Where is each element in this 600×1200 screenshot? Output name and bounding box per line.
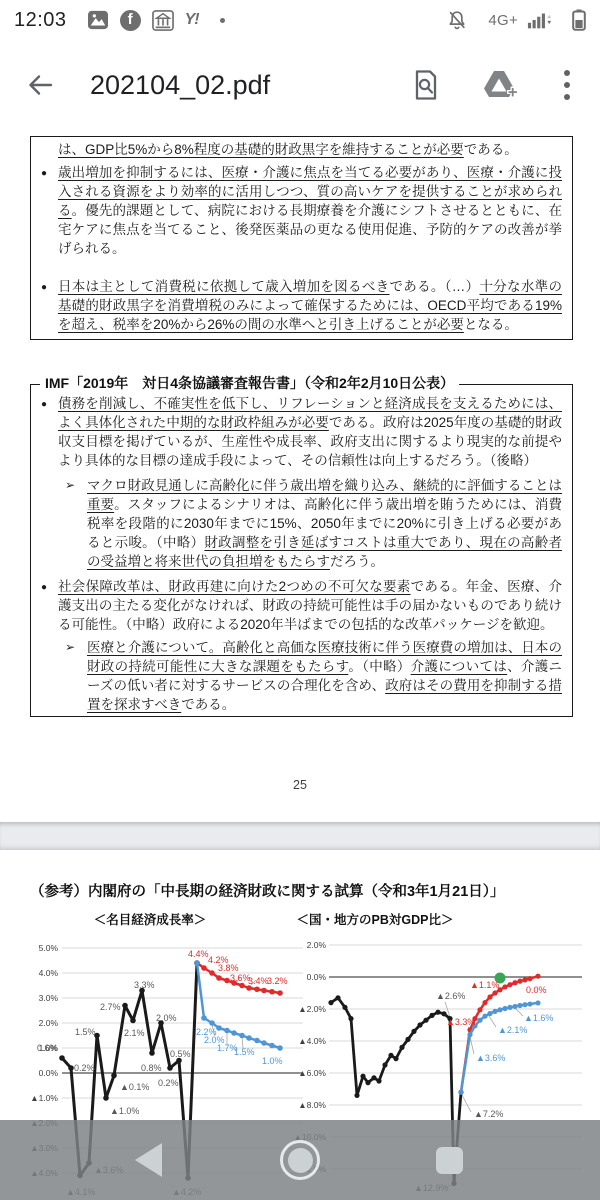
svg-text:1.5%: 1.5% bbox=[75, 1027, 96, 1037]
document-title: 202104_02.pdf bbox=[90, 70, 404, 101]
bullet-item: ● 歳出増加を抑制するには、医療・介護に焦点を当てる必要があり、医療・介護に投入… bbox=[31, 163, 562, 258]
svg-text:▲1.1%: ▲1.1% bbox=[470, 980, 499, 990]
imf-box-title: IMF「2019年 対日4条協議審査報告書」（令和2年2月10日公表） bbox=[40, 373, 459, 393]
phone-screen: 12:03 f Y! bbox=[0, 0, 600, 1200]
svg-text:▲2.1%: ▲2.1% bbox=[498, 1025, 527, 1035]
svg-text:▲1.6%: ▲1.6% bbox=[524, 1013, 553, 1023]
bullet-marker: ● bbox=[41, 278, 47, 297]
notifications-muted-icon bbox=[446, 9, 468, 31]
svg-text:2.0%: 2.0% bbox=[39, 1018, 59, 1028]
svg-text:▲1.0%: ▲1.0% bbox=[30, 1093, 58, 1103]
overflow-menu-button[interactable] bbox=[552, 63, 582, 107]
svg-text:0.2%: 0.2% bbox=[74, 1063, 95, 1073]
svg-text:2.7%: 2.7% bbox=[100, 1002, 121, 1012]
right-chart-title: ＜国・地方のPB対GDP比＞ bbox=[285, 910, 465, 928]
svg-text:▲1.0%: ▲1.0% bbox=[110, 1106, 139, 1116]
svg-text:3.4%: 3.4% bbox=[248, 976, 269, 986]
svg-text:▲3.6%: ▲3.6% bbox=[476, 1053, 505, 1063]
nav-recents-square-icon bbox=[436, 1147, 463, 1174]
bullet-marker: ● bbox=[41, 164, 47, 183]
status-time: 12:03 bbox=[14, 9, 67, 32]
arrow-marker: ➢ bbox=[65, 638, 75, 657]
svg-text:4.4%: 4.4% bbox=[188, 949, 209, 959]
svg-text:▲3.3%: ▲3.3% bbox=[446, 1017, 475, 1027]
svg-text:0.2%: 0.2% bbox=[158, 1078, 179, 1088]
svg-text:▲0.1%: ▲0.1% bbox=[120, 1082, 149, 1092]
yahoo-notification-icon: Y! bbox=[185, 11, 199, 29]
bullet-item: ● 債務を削減し、不確実性を低下し、リフレーションと経済成長を支えるためには、よ… bbox=[31, 394, 562, 470]
find-in-document-button[interactable] bbox=[404, 63, 448, 107]
navigation-bar bbox=[0, 1120, 600, 1200]
sub-item: ➢ 医療と介護について。高齢化と高価な医療技術に伴う医療費の増加は、日本の財政の… bbox=[31, 638, 562, 714]
reference-header: （参考）内閣府の「中長期の経済財政に関する試算（令和3年1月21日）」 bbox=[30, 880, 505, 901]
add-to-drive-button[interactable] bbox=[478, 63, 522, 107]
svg-text:2.1%: 2.1% bbox=[124, 1028, 145, 1038]
network-type-label: 4G+ bbox=[488, 12, 518, 29]
gallery-notification-icon bbox=[87, 10, 109, 30]
facebook-notification-icon: f bbox=[120, 10, 141, 31]
battery-icon bbox=[572, 9, 586, 31]
notification-dot bbox=[220, 18, 225, 23]
svg-text:▲2.6%: ▲2.6% bbox=[436, 991, 465, 1001]
nav-back-triangle-icon bbox=[135, 1143, 162, 1177]
nav-back-button[interactable] bbox=[103, 1120, 193, 1200]
svg-text:3.8%: 3.8% bbox=[218, 963, 239, 973]
imf-report-box: IMF「2019年 対日4条協議審査報告書」（令和2年2月10日公表） ● 債務… bbox=[30, 384, 573, 717]
svg-text:1.5%: 1.5% bbox=[234, 1047, 255, 1057]
bullet-item: ● 日本は主として消費税に依拠して歳入増加を図るべきである。（…）十分な水準の基… bbox=[31, 277, 562, 334]
page-separator bbox=[0, 822, 600, 850]
nav-recents-button[interactable] bbox=[404, 1120, 494, 1200]
svg-text:▲2.0%: ▲2.0% bbox=[298, 1004, 326, 1014]
svg-text:0.0%: 0.0% bbox=[39, 1068, 59, 1078]
svg-text:3.2%: 3.2% bbox=[267, 976, 288, 986]
oecd-text-box: は、GDP比5%から8%程度の基礎的財政黒字を維持することが必要である。 ● 歳… bbox=[30, 136, 573, 340]
status-bar-right: 4G+ bbox=[446, 9, 586, 31]
svg-text:5.0%: 5.0% bbox=[39, 943, 59, 953]
svg-text:1.0%: 1.0% bbox=[262, 1056, 283, 1066]
svg-text:0.6%: 0.6% bbox=[37, 1043, 58, 1053]
bullet-item: ● 社会保障改革は、財政再建に向けた2つめの不可欠な要素である。年金、医療、介護… bbox=[31, 577, 562, 634]
sub-item: ➢ マクロ財政見通しに高齢化に伴う歳出増を織り込み、継続的に評価することは重要。… bbox=[31, 476, 562, 571]
svg-text:3.0%: 3.0% bbox=[39, 993, 59, 1003]
svg-text:0.8%: 0.8% bbox=[141, 1063, 162, 1073]
facebook-glyph: f bbox=[120, 10, 141, 31]
arrow-marker: ➢ bbox=[65, 476, 75, 495]
back-button[interactable] bbox=[18, 63, 62, 107]
svg-text:2.0%: 2.0% bbox=[156, 1013, 177, 1023]
paragraph-continuation: は、GDP比5%から8%程度の基礎的財政黒字を維持することが必要である。 bbox=[31, 140, 562, 159]
svg-text:▲8.0%: ▲8.0% bbox=[298, 1100, 326, 1110]
pdf-viewer[interactable]: は、GDP比5%から8%程度の基礎的財政黒字を維持することが必要である。 ● 歳… bbox=[0, 130, 600, 1200]
svg-text:2.0%: 2.0% bbox=[307, 940, 327, 950]
pdf-page-25: は、GDP比5%から8%程度の基礎的財政黒字を維持することが必要である。 ● 歳… bbox=[0, 130, 600, 822]
bullet-marker: ● bbox=[41, 578, 47, 597]
svg-text:4.0%: 4.0% bbox=[39, 968, 59, 978]
svg-text:▲6.0%: ▲6.0% bbox=[298, 1068, 326, 1078]
signal-strength-icon bbox=[527, 10, 552, 30]
page-number: 25 bbox=[0, 778, 600, 792]
nav-home-circle-icon bbox=[280, 1140, 320, 1180]
svg-text:0.0%: 0.0% bbox=[526, 985, 547, 995]
app-bar: 202104_02.pdf bbox=[0, 40, 600, 130]
bank-notification-icon bbox=[152, 10, 174, 31]
bullet-marker: ● bbox=[41, 395, 47, 414]
svg-text:0.5%: 0.5% bbox=[170, 1049, 191, 1059]
left-chart-title: ＜名目経済成長率＞ bbox=[55, 910, 245, 928]
nav-home-button[interactable] bbox=[255, 1120, 345, 1200]
svg-text:3.3%: 3.3% bbox=[134, 980, 155, 990]
svg-text:0.0%: 0.0% bbox=[307, 972, 327, 982]
svg-text:▲4.0%: ▲4.0% bbox=[298, 1036, 326, 1046]
svg-text:▲7.2%: ▲7.2% bbox=[474, 1109, 503, 1119]
status-bar: 12:03 f Y! bbox=[0, 0, 600, 40]
